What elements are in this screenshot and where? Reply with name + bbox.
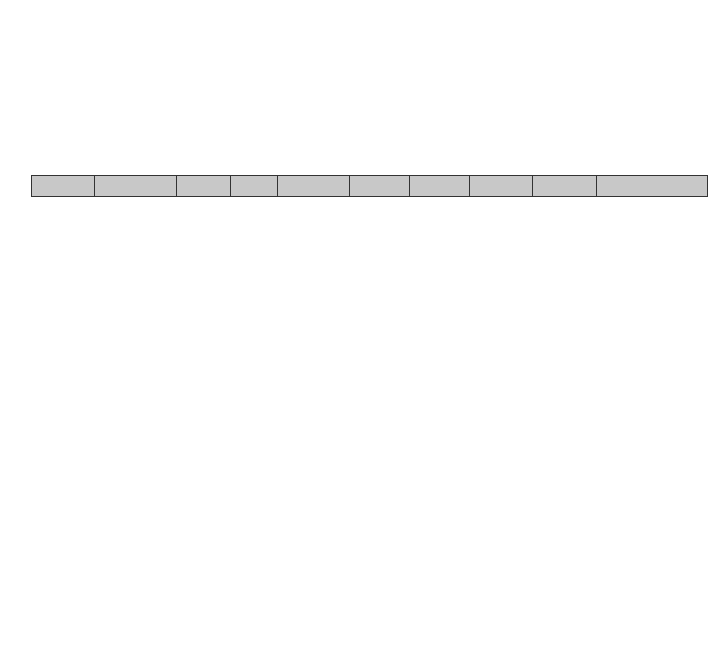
totals-summary bbox=[363, 374, 700, 380]
col-clave-unidad bbox=[231, 176, 278, 196]
sello-sat bbox=[39, 505, 709, 508]
sello-cfdi bbox=[39, 457, 709, 460]
col-cantidad bbox=[177, 176, 232, 196]
col-descuento bbox=[470, 176, 533, 196]
col-valor-unitario bbox=[350, 176, 410, 196]
col-pedimento bbox=[533, 176, 598, 196]
conceptos-table bbox=[31, 175, 708, 197]
col-clave-producto bbox=[32, 176, 95, 196]
qr-code-icon bbox=[46, 557, 143, 654]
col-unidad bbox=[278, 176, 350, 196]
cadena-original bbox=[158, 549, 708, 551]
col-no-identificacion bbox=[95, 176, 177, 196]
col-cuenta-predial bbox=[597, 176, 707, 196]
table-header bbox=[31, 175, 708, 197]
col-importe bbox=[410, 176, 470, 196]
